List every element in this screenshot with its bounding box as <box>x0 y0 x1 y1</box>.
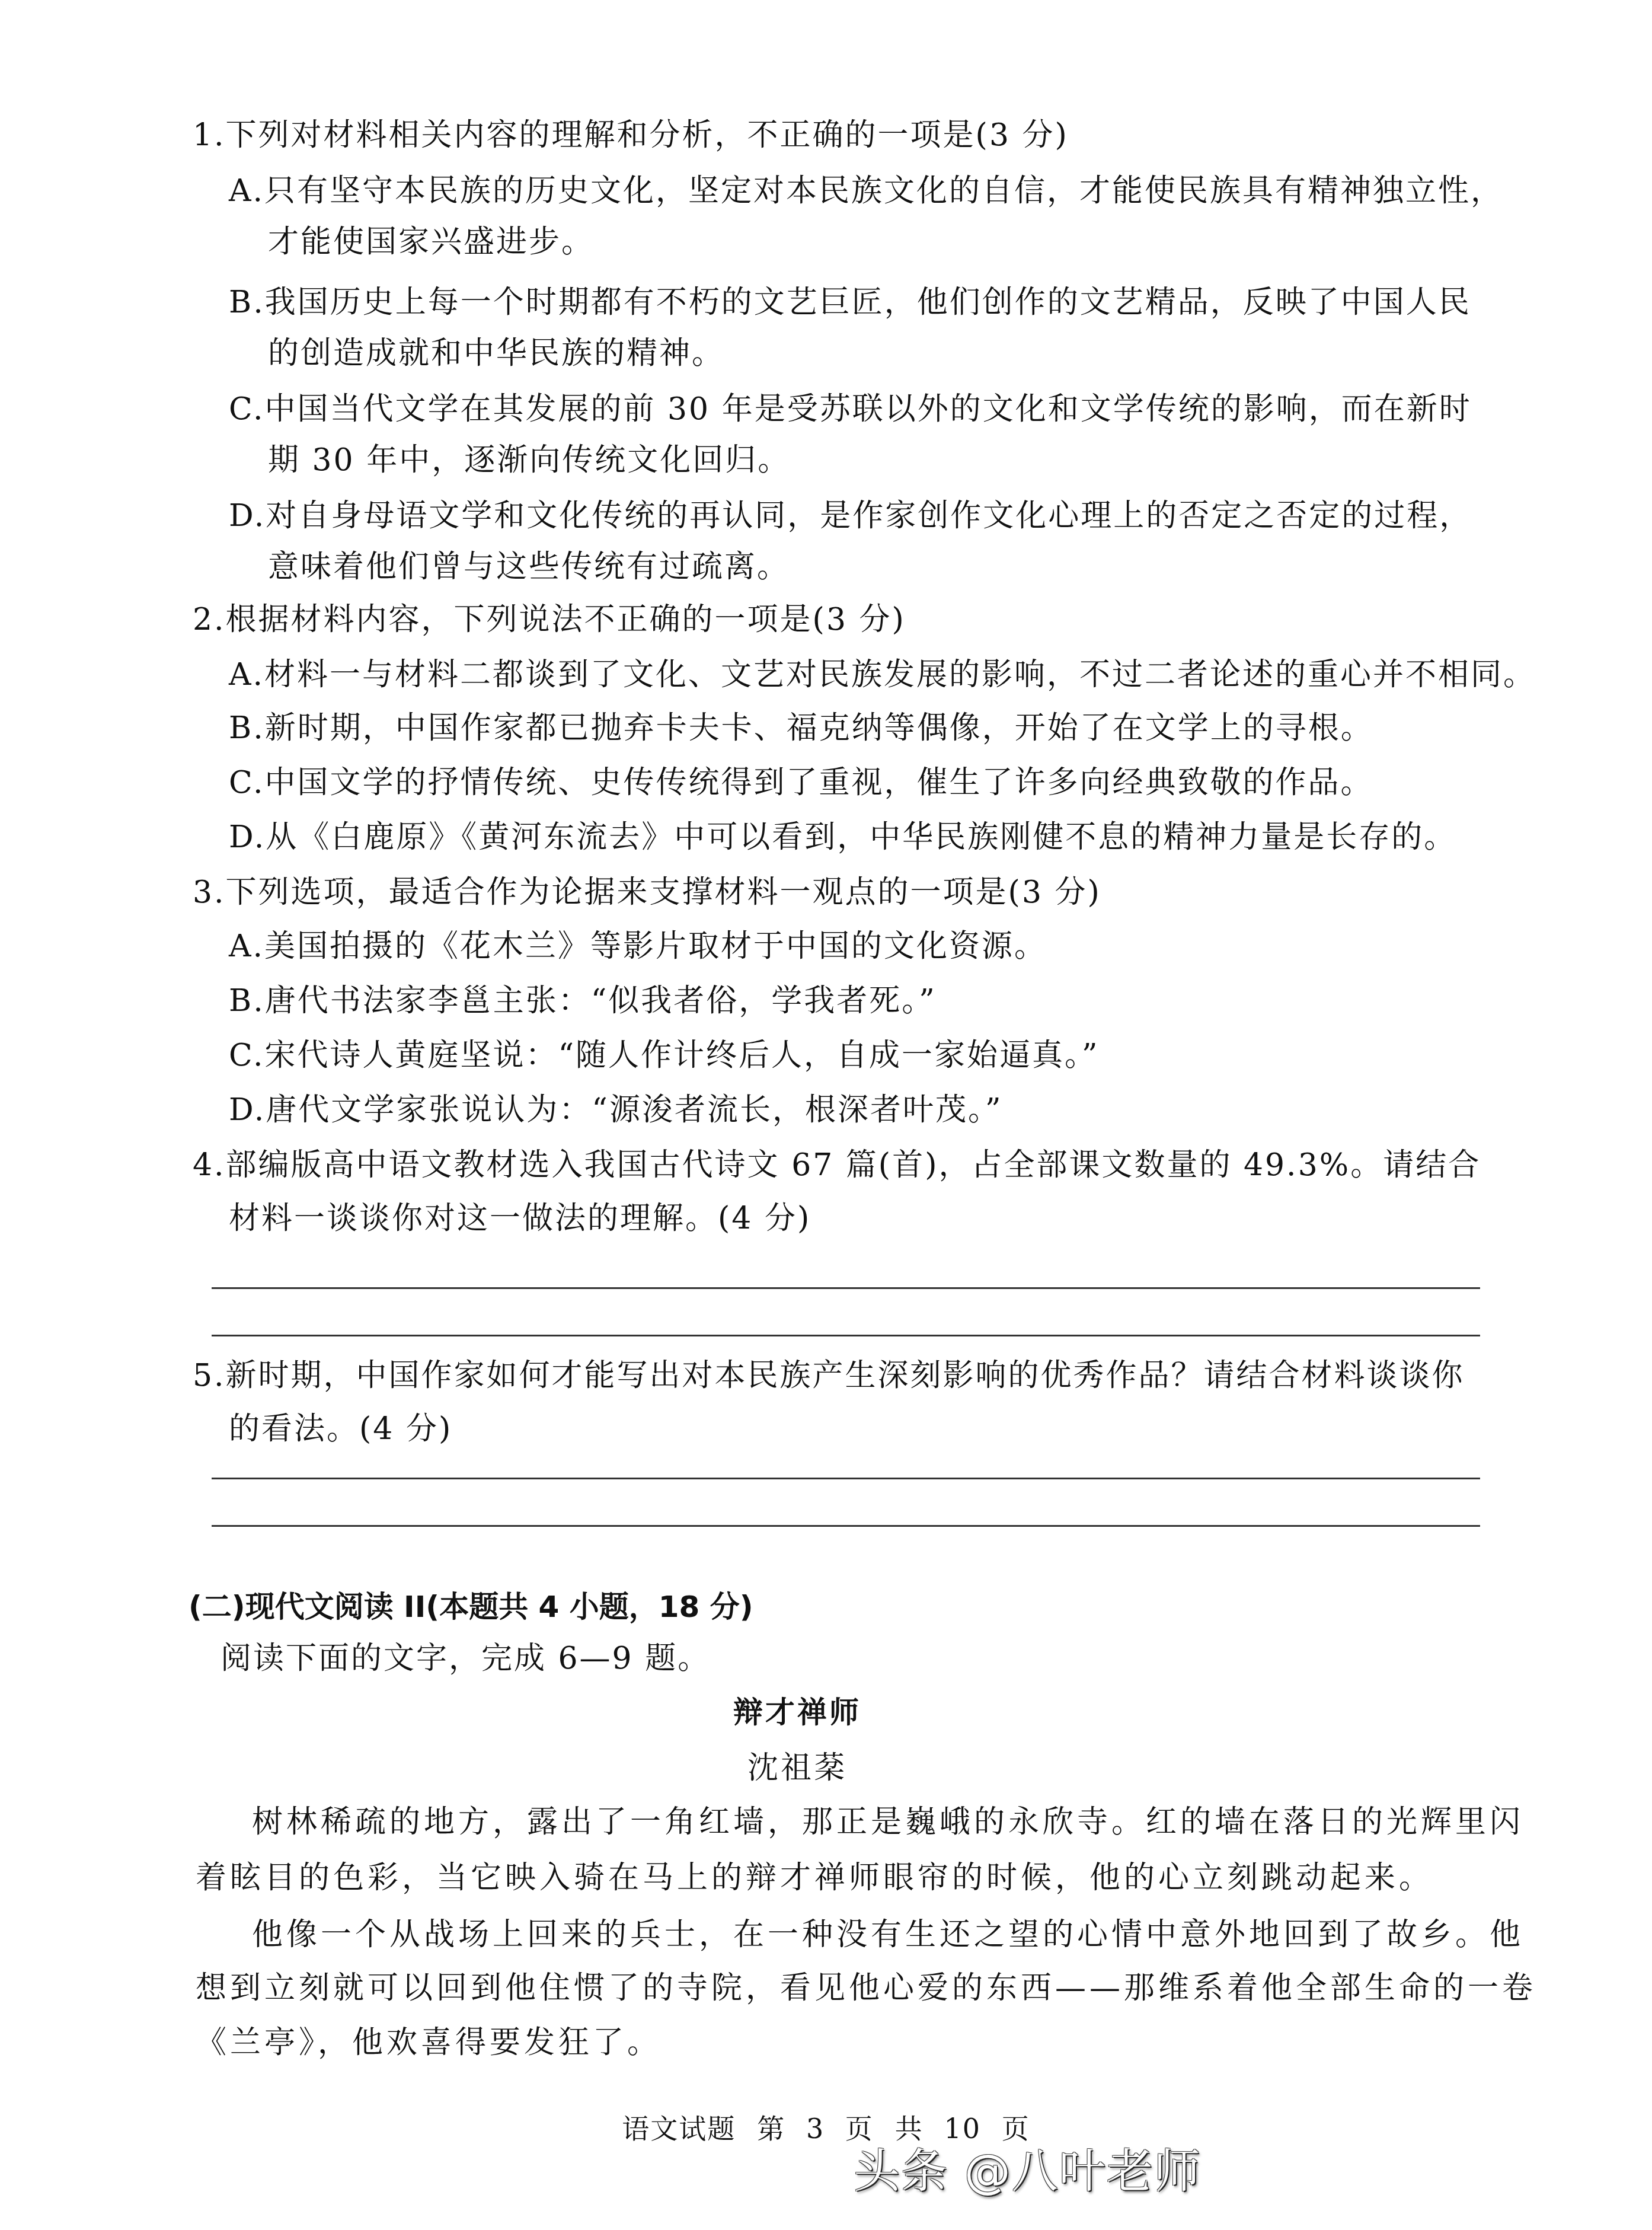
question-1-option-d-cont: 意味着他们曾与这些传统有过疏离。 <box>268 548 790 586</box>
question-1-option-d: D.对自身母语文学和文化传统的再认同，是作家创作文化心理上的否定之否定的过程， <box>229 497 1472 535</box>
question-1-option-c-cont: 期 30 年中，逐渐向传统文化回归。 <box>268 441 790 479</box>
question-5-stem-cont: 的看法。(4 分) <box>229 1410 452 1448</box>
question-1-option-c: C.中国当代文学在其发展的前 30 年是受苏联以外的文化和文学传统的影响，而在新… <box>229 390 1472 428</box>
section-instruction: 阅读下面的文字，完成 6—9 题。 <box>221 1639 710 1677</box>
question-5-stem: 5.新时期，中国作家如何才能写出对本民族产生深刻影响的优秀作品？请结合材料谈谈你 <box>193 1357 1465 1395</box>
question-5-answer-line-1[interactable] <box>212 1478 1480 1479</box>
question-4-answer-line-2[interactable] <box>212 1335 1480 1336</box>
question-2-stem: 2.根据材料内容，下列说法不正确的一项是(3 分) <box>193 601 906 639</box>
question-4-stem-cont: 材料一谈谈你对这一做法的理解。(4 分) <box>229 1199 811 1237</box>
question-1-option-b-cont: 的创造成就和中华民族的精神。 <box>268 334 724 372</box>
question-2-option-a: A.材料一与材料二都谈到了文化、文艺对民族发展的影响，不过二者论述的重心并不相同… <box>229 656 1536 694</box>
question-3-option-a: A.美国拍摄的《花木兰》等影片取材于中国的文化资源。 <box>229 927 1047 965</box>
passage-author: 沈祖棻 <box>0 1749 1595 1787</box>
question-4-stem: 4.部编版高中语文教材选入我国古代诗文 67 篇(首)，占全部课文数量的 49.… <box>193 1146 1481 1184</box>
footer-subject: 语文试题 <box>622 2113 736 2145</box>
section-heading: (二)现代文阅读 II(本题共 4 小题，18 分) <box>188 1588 753 1626</box>
question-1-option-a-cont: 才能使国家兴盛进步。 <box>268 223 594 261</box>
passage-paragraph-2-line-3: 《兰亭》，他欢喜得要发狂了。 <box>196 2024 662 2062</box>
passage-paragraph-2-line-2: 想到立刻就可以回到他住惯了的寺院，看见他心爱的东西——那维系着他全部生命的一卷 <box>196 1969 1536 2007</box>
question-3-stem: 3.下列选项，最适合作为论据来支撑材料一观点的一项是(3 分) <box>193 873 1101 911</box>
question-2-option-c: C.中国文学的抒情传统、史传传统得到了重视，催生了许多向经典致敬的作品。 <box>229 764 1373 802</box>
question-3-option-d: D.唐代文学家张说认为：“源浚者流长，根深者叶茂。” <box>229 1091 1003 1129</box>
passage-title: 辩才禅师 <box>0 1693 1595 1731</box>
passage-paragraph-2-line-1: 他像一个从战场上回来的兵士，在一种没有生还之望的心情中意外地回到了故乡。他 <box>252 1916 1524 1954</box>
question-1-option-a: A.只有坚守本民族的历史文化，坚定对本民族文化的自信，才能使民族具有精神独立性， <box>229 172 1503 210</box>
question-5-answer-line-2[interactable] <box>212 1525 1480 1527</box>
page-footer: 语文试题第 3 页共 10 页 <box>0 2111 1652 2146</box>
question-3-option-b: B.唐代书法家李邕主张：“似我者俗，学我者死。” <box>229 982 937 1020</box>
question-2-option-d: D.从《白鹿原》《黄河东流去》中可以看到，中华民族刚健不息的精神力量是长存的。 <box>229 818 1456 856</box>
footer-page-number: 第 3 页 <box>757 2113 874 2145</box>
watermark: 头条 @八叶老师 <box>854 2143 1202 2200</box>
question-3-option-c: C.宋代诗人黄庭坚说：“随人作计终后人，自成一家始逼真。” <box>229 1036 1100 1074</box>
question-2-option-b: B.新时期，中国作家都已抛弃卡夫卡、福克纳等偶像，开始了在文学上的寻根。 <box>229 709 1373 747</box>
question-1-option-b: B.我国历史上每一个时期都有不朽的文艺巨匠，他们创作的文艺精品，反映了中国人民 <box>229 283 1471 321</box>
question-4-answer-line-1[interactable] <box>212 1287 1480 1289</box>
footer-total-pages: 共 10 页 <box>895 2113 1030 2145</box>
question-1-stem: 1.下列对材料相关内容的理解和分析，不正确的一项是(3 分) <box>193 116 1069 154</box>
passage-paragraph-1-line-2: 着眩目的色彩，当它映入骑在马上的辩才禅师眼帘的时候，他的心立刻跳动起来。 <box>196 1859 1433 1897</box>
passage-paragraph-1-line-1: 树林稀疏的地方，露出了一角红墙，那正是巍峨的永欣寺。红的墙在落日的光辉里闪 <box>252 1803 1524 1841</box>
